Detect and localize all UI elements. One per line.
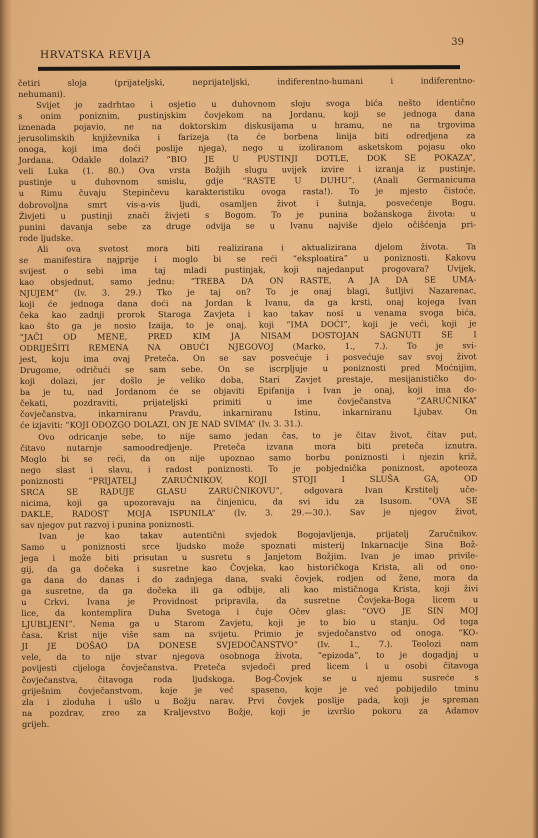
binding-shadow: [0, 0, 12, 838]
book-page: HRVATSKA REVIJA 39 četiri sloja (prijate…: [0, 0, 538, 838]
page-edge-shadow: [532, 0, 538, 838]
header-rule: [38, 65, 460, 71]
article-body: četiri sloja (prijateljski, neprijateljs…: [18, 75, 479, 730]
page-number: 39: [444, 37, 464, 48]
running-header: HRVATSKA REVIJA: [40, 49, 460, 61]
